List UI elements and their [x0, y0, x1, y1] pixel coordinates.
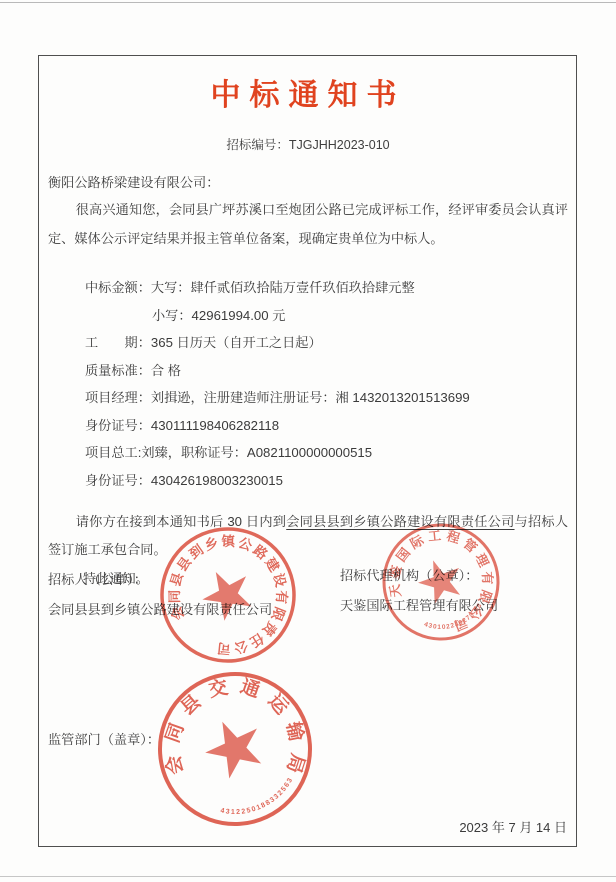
detail-amount-numeric: 小写：42961994.00 元	[48, 302, 568, 330]
award-details-list: 中标金额：大写：肆仟贰佰玖拾陆万壹仟玖佰玖拾肆元整 小写：42961994.00…	[48, 274, 568, 494]
paragraph-2-pre: 请你方在接到本通知书后 30 日内到	[76, 514, 287, 529]
bid-number-line: 招标编号：TJGJHH2023-010	[48, 135, 568, 153]
notice-paragraph-1: 很高兴通知您，会同县广坪苏溪口至炮团公路已完成评标工作，经评审委员会认真评定、媒…	[48, 195, 568, 253]
detail-manager-id: 身份证号：430111198406282118	[48, 412, 568, 440]
addressee: 衡阳公路桥梁建设有限公司：	[48, 172, 568, 191]
supervisor-seal-label: 监管部门（盖章）：	[48, 729, 160, 748]
bidder-company-name: 会同县县到乡镇公路建设有限责任公司	[48, 599, 272, 618]
agency-company-name: 天鉴国际工程管理有限公司	[340, 595, 498, 614]
detail-quality-standard: 质量标准：合 格	[48, 357, 568, 385]
scanned-award-notice-page: 中标通知书 招标编号：TJGJHH2023-010 衡阳公路桥梁建设有限公司： …	[0, 0, 616, 882]
detail-amount-caps: 中标金额：大写：肆仟贰佰玖拾陆万壹仟玖佰玖拾肆元整	[48, 274, 568, 302]
bid-number-label: 招标编号：	[226, 138, 289, 152]
agency-seal-label: 招标代理机构（公章）：	[340, 565, 478, 584]
notice-paragraph-2: 请你方在接到本通知书后 30 日内到会同县县到乡镇公路建设有限责任公司与招标人签…	[48, 508, 568, 564]
detail-duration: 工 期：365 日历天（自开工之日起）	[48, 329, 568, 357]
detail-chief-id: 身份证号：430426198003230015	[48, 467, 568, 495]
scan-edge-top	[0, 2, 616, 3]
bid-number-value: TJGJHH2023-010	[289, 138, 390, 152]
scan-edge-bottom	[0, 876, 616, 877]
page-title: 中标通知书	[48, 70, 568, 114]
document-date: 2023 年 7 月 14 日	[450, 817, 567, 836]
underlined-company-name: 会同县县到乡镇公路建设有限责任公司	[286, 514, 514, 529]
detail-chief-engineer: 项目总工:刘臻，职称证号：A0821100000000515	[48, 439, 568, 467]
bidder-seal-label: 招标人（公章）：	[48, 569, 147, 588]
detail-project-manager: 项目经理：刘揖逊，注册建造师注册证号：湘 1432013201513699	[48, 384, 568, 412]
